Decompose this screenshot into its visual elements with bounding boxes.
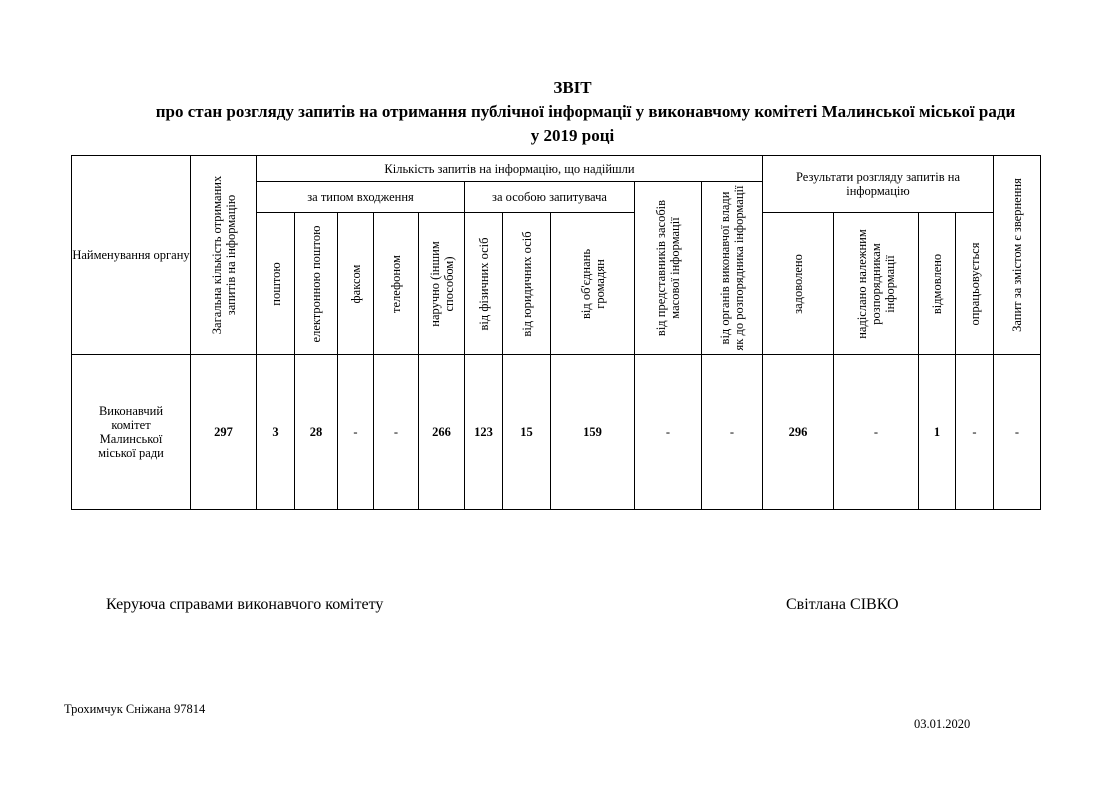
- header-from-associations: від об'єднань громадян: [551, 213, 635, 355]
- cell-by-mail: 3: [257, 355, 295, 510]
- cell-by-phone: -: [374, 355, 419, 510]
- executor-info: Трохимчук Сніжана 97814: [64, 702, 205, 717]
- signatory-position: Керуюча справами виконавчого комітету: [106, 596, 383, 614]
- header-appeal: Запит за змістом є звернення: [994, 156, 1041, 355]
- cell-by-fax: -: [338, 355, 374, 510]
- cell-total: 297: [191, 355, 257, 510]
- cell-organ-name: Виконавчий комітет Малинської міської ра…: [72, 355, 191, 510]
- table-row: Виконавчий комітет Малинської міської ра…: [72, 355, 1041, 510]
- header-satisfied: задоволено: [763, 213, 834, 355]
- header-by-person-group: за особою запитувача: [465, 182, 635, 213]
- header-by-email: електронною поштою: [295, 213, 338, 355]
- cell-processing: -: [956, 355, 994, 510]
- cell-from-media: -: [635, 355, 702, 510]
- header-processing: опрацьовується: [956, 213, 994, 355]
- cell-from-associations: 159: [551, 355, 635, 510]
- cell-forwarded: -: [834, 355, 919, 510]
- header-results-group: Результати розгляду запитів на інформаці…: [763, 156, 994, 213]
- cell-refused: 1: [919, 355, 956, 510]
- header-by-fax: факсом: [338, 213, 374, 355]
- header-received-group: Кількість запитів на інформацію, що наді…: [257, 156, 763, 182]
- header-from-authorities: від органів виконавчої влади як до розпо…: [702, 182, 763, 355]
- cell-from-legal: 15: [503, 355, 551, 510]
- cell-from-individuals: 123: [465, 355, 503, 510]
- header-from-media: від представників засобів масової інформ…: [635, 182, 702, 355]
- cell-by-email: 28: [295, 355, 338, 510]
- header-by-hand: наручно (іншим способом): [419, 213, 465, 355]
- header-organ-name: Найменування органу: [72, 156, 191, 355]
- report-title: ЗВІТ: [15, 78, 1115, 98]
- header-forwarded: надіслано належним розпорядникам інформа…: [834, 213, 919, 355]
- report-subtitle: про стан розгляду запитів на отримання п…: [28, 102, 1115, 122]
- header-refused: відмовлено: [919, 213, 956, 355]
- cell-appeal: -: [994, 355, 1041, 510]
- report-year: у 2019 році: [15, 126, 1115, 146]
- header-by-phone: телефоном: [374, 213, 419, 355]
- signatory-name: Світлана СІВКО: [786, 596, 899, 614]
- cell-by-hand: 266: [419, 355, 465, 510]
- header-from-legal: від юридичних осіб: [503, 213, 551, 355]
- header-by-type-group: за типом входження: [257, 182, 465, 213]
- report-date: 03.01.2020: [914, 717, 970, 732]
- report-table: Найменування органу Загальна кількість о…: [71, 155, 1041, 510]
- cell-from-authorities: -: [702, 355, 763, 510]
- header-total: Загальна кількість отриманих запитів на …: [191, 156, 257, 355]
- header-from-individuals: від фізичних осіб: [465, 213, 503, 355]
- header-by-mail: поштою: [257, 213, 295, 355]
- cell-satisfied: 296: [763, 355, 834, 510]
